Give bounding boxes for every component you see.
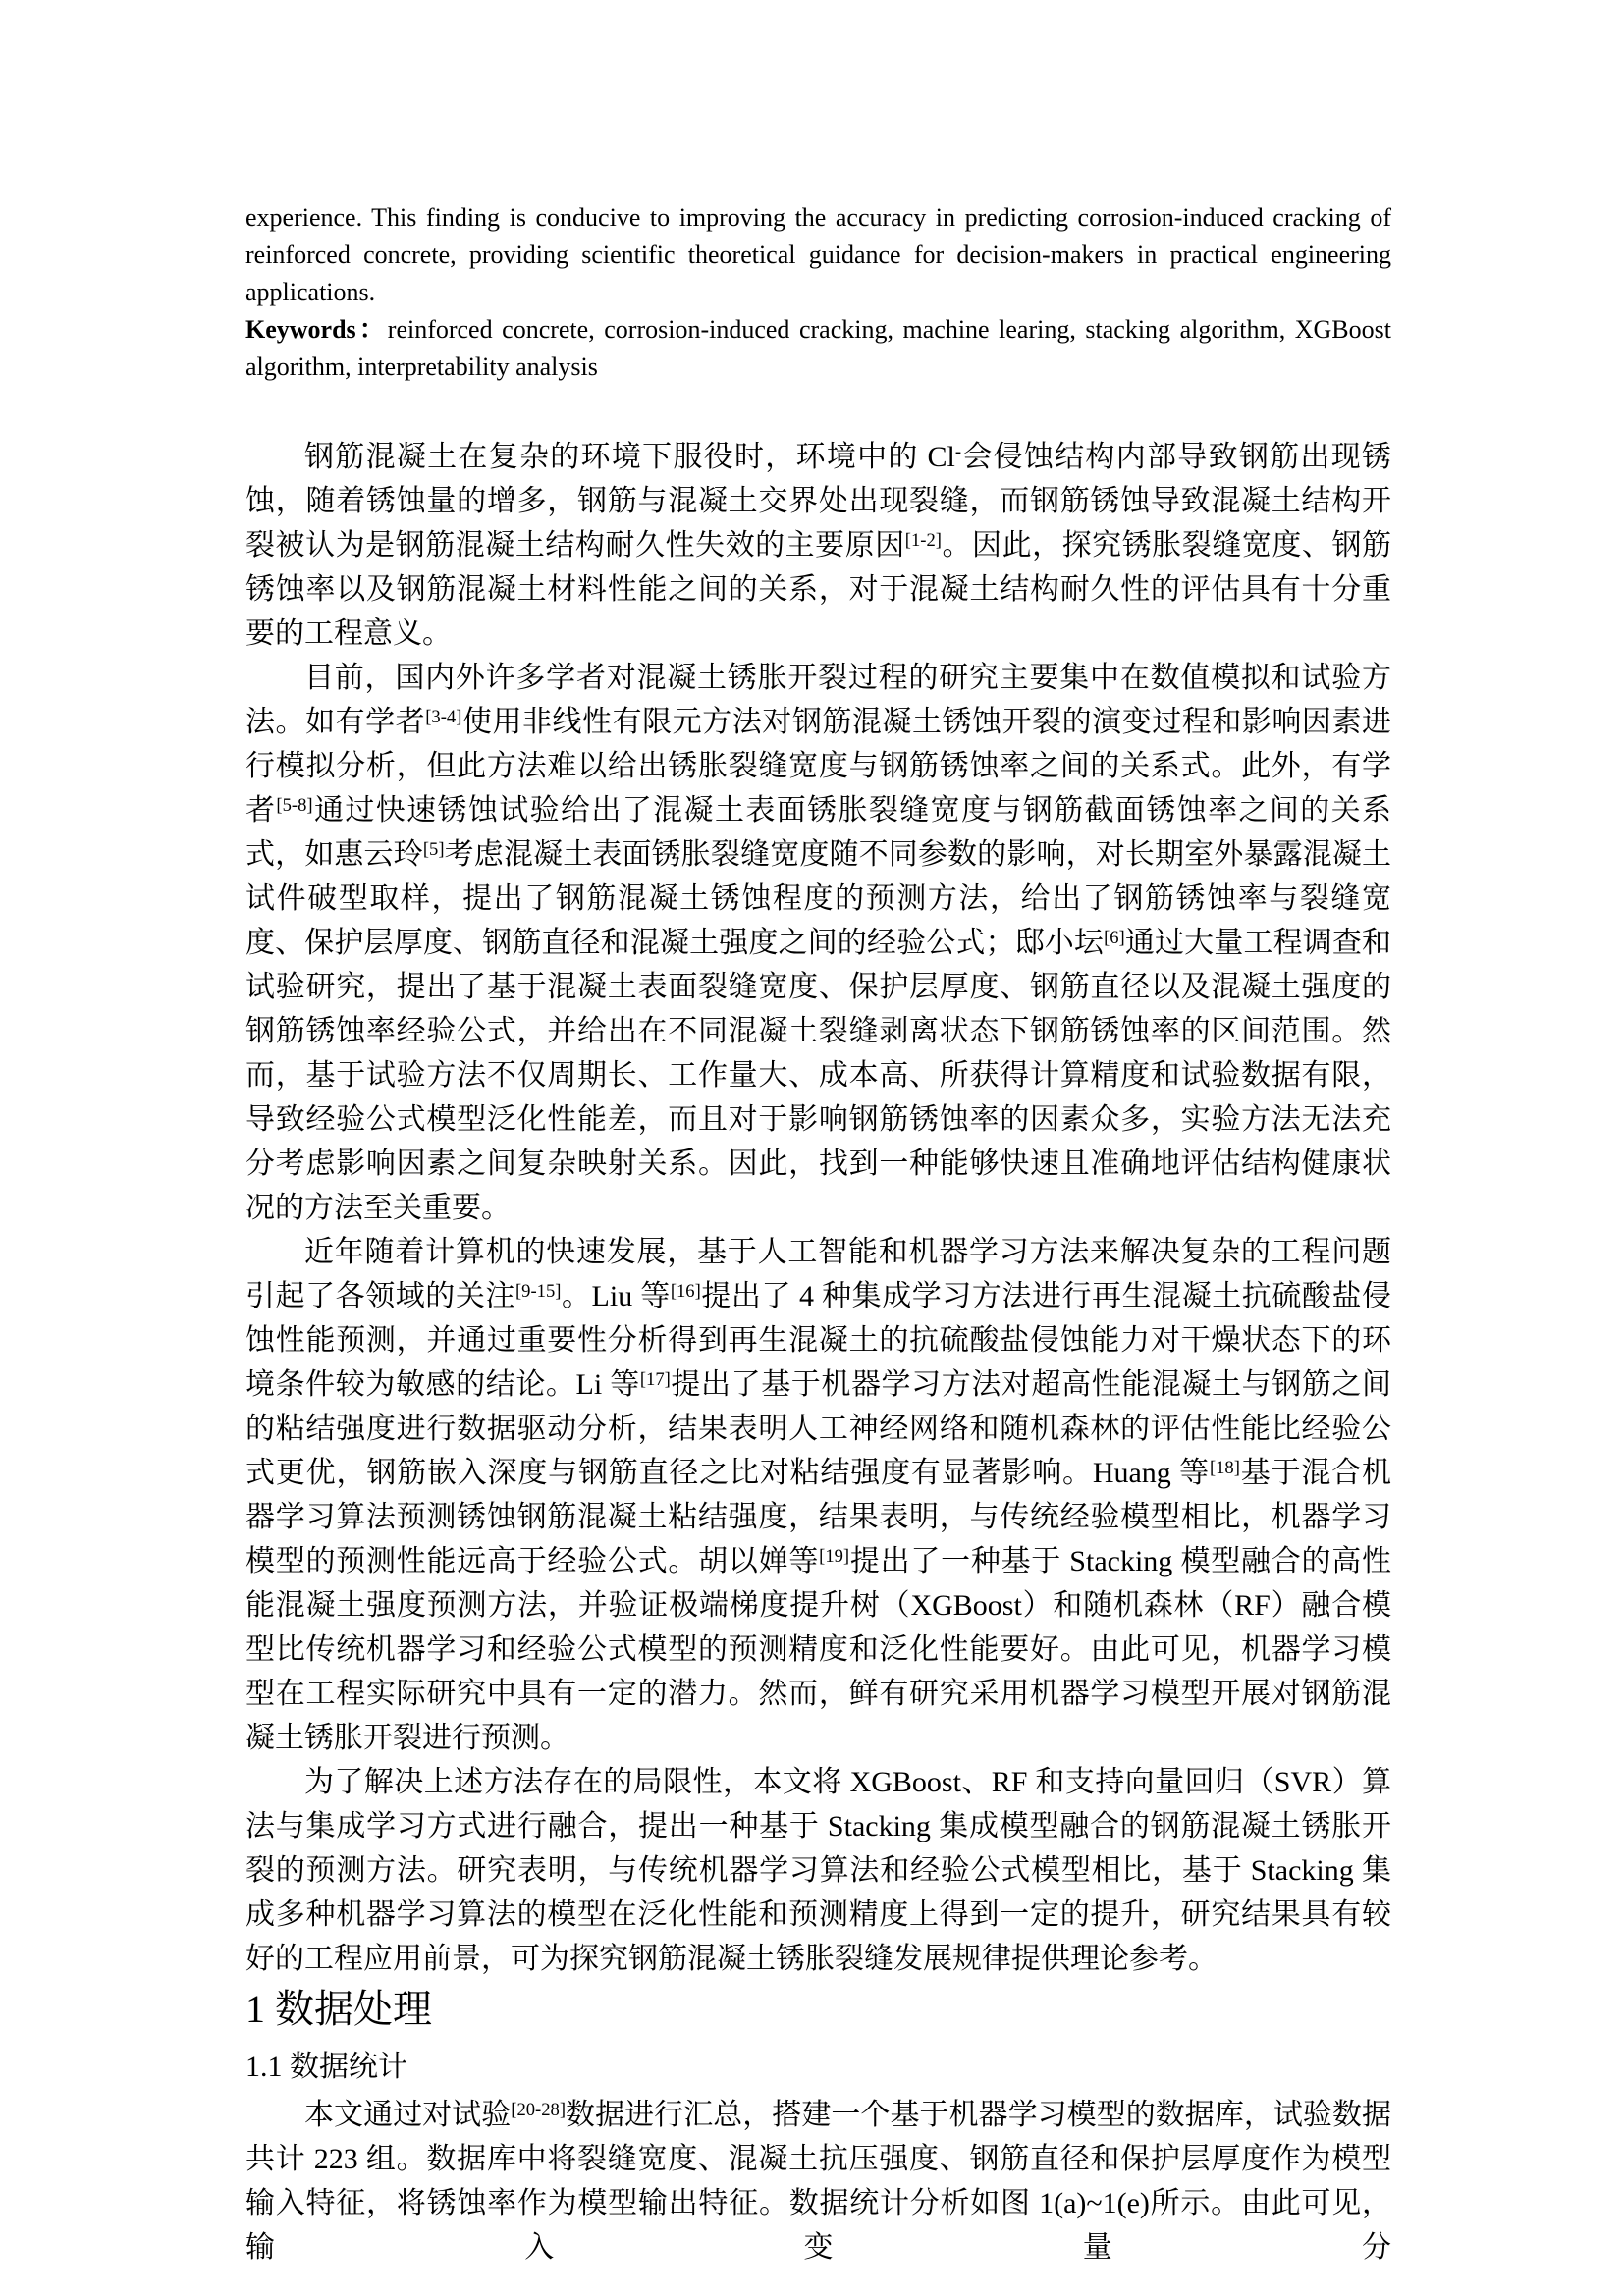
text-run: 钢筋混凝土在复杂的环境下服役时，环境中的 Cl <box>304 441 955 473</box>
text-run: 。Liu 等 <box>561 1280 670 1312</box>
text-run: reinforced concrete, corrosion-induced c… <box>245 315 1391 381</box>
abstract-continuation-paragraph: experience. This finding is conducive to… <box>245 199 1391 311</box>
bold-label: Keywords： <box>245 315 388 344</box>
introduction-section: 钢筋混凝土在复杂的环境下服役时，环境中的 Cl-会侵蚀结构内部导致钢筋出现锈蚀，… <box>245 435 1391 1981</box>
text-run: 通过大量工程调查和试验研究，提出了基于混凝土表面裂缝宽度、保护层厚度、钢筋直径以… <box>245 927 1391 1224</box>
data-statistics-paragraph-1: 本文通过对试验[20-28]数据进行汇总，搭建一个基于机器学习模型的数据库，试验… <box>245 2093 1391 2269</box>
section-1-heading: 1 数据处理 <box>245 1985 1391 2034</box>
subsection-1-1-heading: 1.1 数据统计 <box>245 2046 1391 2089</box>
text-run: 为了解决上述方法存在的局限性，本文将 XGBoost、RF 和支持向量回归（SV… <box>245 1766 1391 1975</box>
paper-page: experience. This finding is conducive to… <box>0 0 1624 2296</box>
citation-superscript: - <box>955 442 961 462</box>
citation-superscript: [16] <box>671 1281 701 1302</box>
citation-superscript: [5] <box>423 839 445 860</box>
citation-superscript: [1-2] <box>905 530 942 551</box>
citation-superscript: [9-15] <box>515 1281 561 1302</box>
citation-superscript: [20-28] <box>511 2100 566 2120</box>
page-text-block: experience. This finding is conducive to… <box>245 199 1391 2269</box>
intro-paragraph-3: 近年随着计算机的快速发展，基于人工智能和机器学习方法来解决复杂的工程问题引起了各… <box>245 1230 1391 1760</box>
intro-paragraph-4: 为了解决上述方法存在的局限性，本文将 XGBoost、RF 和支持向量回归（SV… <box>245 1760 1391 1981</box>
citation-superscript: [19] <box>819 1546 849 1567</box>
citation-superscript: [5-8] <box>276 795 312 816</box>
citation-superscript: [18] <box>1210 1458 1240 1478</box>
text-run: experience. This finding is conducive to… <box>245 203 1391 306</box>
keywords-line: Keywords：reinforced concrete, corrosion-… <box>245 311 1391 386</box>
text-run: 本文通过对试验 <box>304 2099 511 2131</box>
citation-superscript: [3-4] <box>425 707 461 727</box>
intro-paragraph-2: 目前，国内外许多学者对混凝土锈胀开裂过程的研究主要集中在数值模拟和试验方法。如有… <box>245 656 1391 1230</box>
intro-paragraph-1: 钢筋混凝土在复杂的环境下服役时，环境中的 Cl-会侵蚀结构内部导致钢筋出现锈蚀，… <box>245 435 1391 656</box>
citation-superscript: [17] <box>640 1369 671 1390</box>
citation-superscript: [6] <box>1104 928 1125 948</box>
